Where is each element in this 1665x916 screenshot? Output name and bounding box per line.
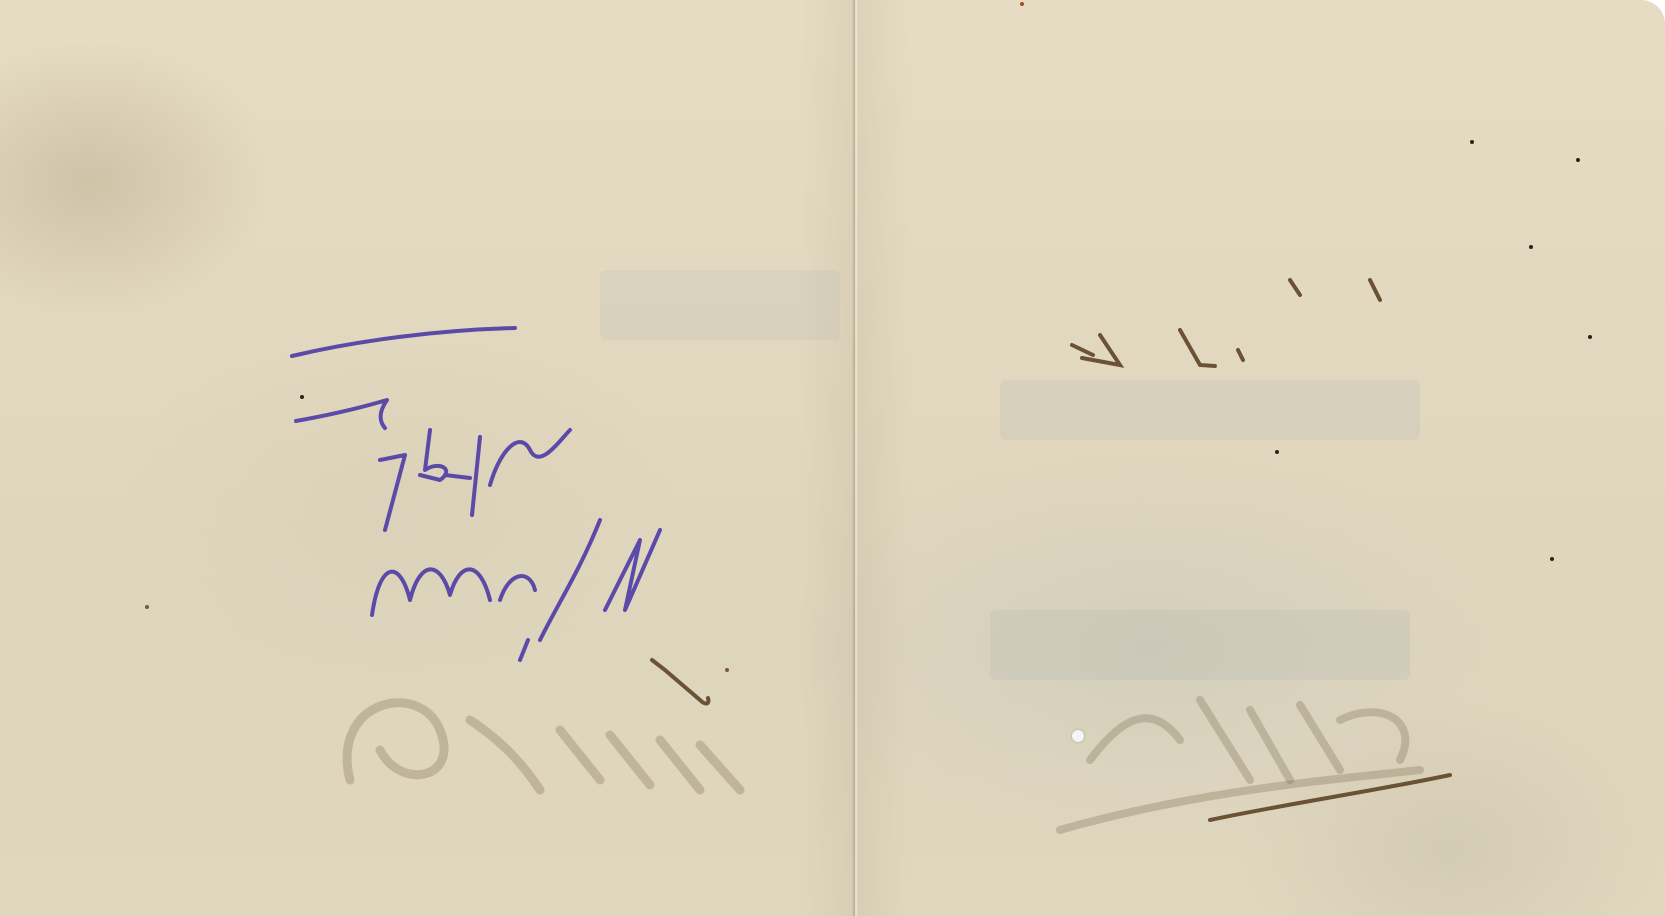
- paper-document: Nikova cd-92: [0, 0, 1665, 916]
- bleed-through-signature-right: [1060, 700, 1420, 830]
- bleed-through-signature-left: [347, 703, 740, 790]
- purple-handwriting: [292, 328, 660, 660]
- brown-ink-marks: [652, 280, 1450, 820]
- handwriting-layer: [0, 0, 1665, 916]
